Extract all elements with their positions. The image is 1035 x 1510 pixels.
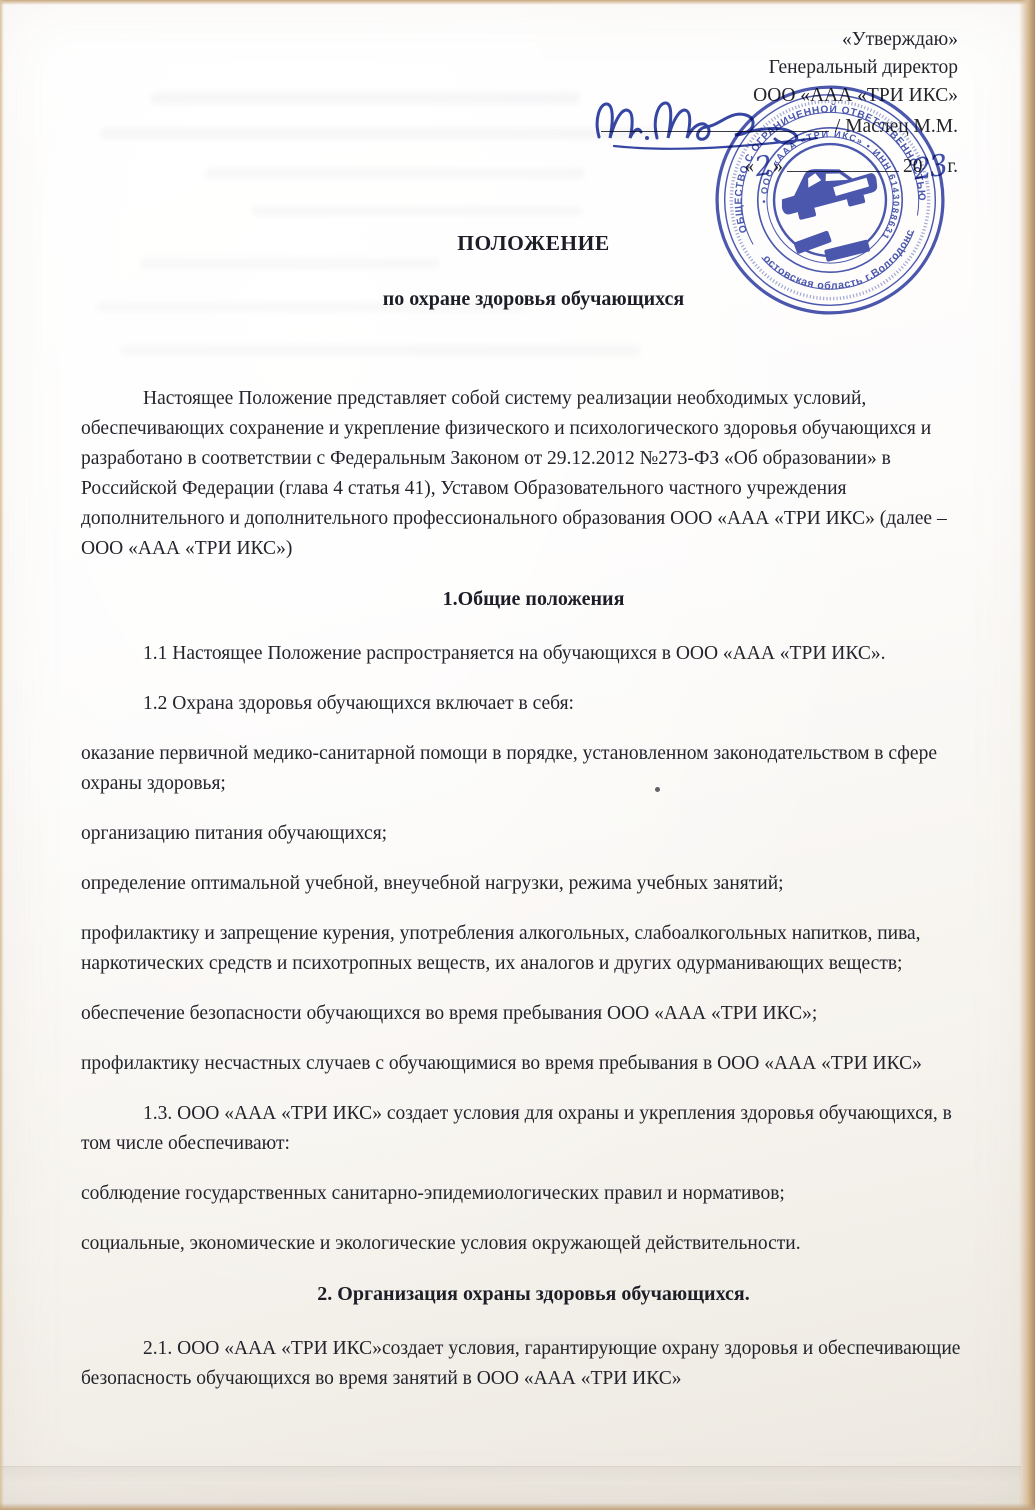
paragraph: 1.1 Настоящее Положение распространяется… — [81, 639, 986, 669]
scan-edge-left — [0, 0, 4, 1510]
paragraph: профилактику несчастных случаев с обучаю… — [81, 1049, 986, 1079]
date-year-suffix: г. — [947, 156, 958, 177]
bleed-through-smudge — [205, 168, 585, 179]
paragraph: 1.3. ООО «ААА «ТРИ ИКС» создает условия … — [81, 1099, 986, 1159]
paragraph: 2.1. ООО «ААА «ТРИ ИКС»создает условия, … — [81, 1334, 986, 1394]
paragraph: организацию питания обучающихся; — [81, 819, 986, 849]
scan-edge-top — [0, 0, 1035, 5]
paragraph: соблюдение государственных санитарно-эпи… — [81, 1179, 986, 1209]
document-subtitle: по охране здоровья обучающихся — [81, 284, 986, 314]
paragraph: 1.2 Охрана здоровья обучающихся включает… — [81, 689, 986, 719]
paragraph: оказание первичной медико-санитарной пом… — [81, 739, 986, 799]
paragraph: определение оптимальной учебной, внеучеб… — [81, 869, 986, 899]
bleed-through-smudge — [150, 92, 580, 104]
ink-dot — [655, 787, 660, 792]
paragraph: социальные, экономические и экологически… — [81, 1229, 986, 1259]
scan-edge-right — [1019, 0, 1035, 1510]
section-heading: 2. Организация охраны здоровья обучающих… — [81, 1279, 986, 1309]
document-body: ПОЛОЖЕНИЕ по охране здоровья обучающихся… — [81, 228, 986, 1414]
paragraph: обеспечение безопасности обучающихся во … — [81, 999, 986, 1029]
bleed-through-smudge — [252, 206, 582, 216]
scan-edge-bottom — [0, 1503, 1035, 1510]
scanned-document-page: «Утверждаю» Генеральный директор ООО «АА… — [0, 0, 1035, 1510]
bleed-through-smudge — [100, 128, 660, 139]
section-heading: 1.Общие положения — [81, 584, 986, 614]
paragraph: профилактику и запрещение курения, употр… — [81, 919, 986, 979]
paragraph: Настоящее Положение представляет собой с… — [81, 384, 986, 564]
approval-label: «Утверждаю» — [601, 26, 958, 54]
approval-role: Генеральный директор — [601, 54, 958, 82]
document-title: ПОЛОЖЕНИЕ — [81, 228, 986, 258]
car-icon — [775, 155, 882, 224]
